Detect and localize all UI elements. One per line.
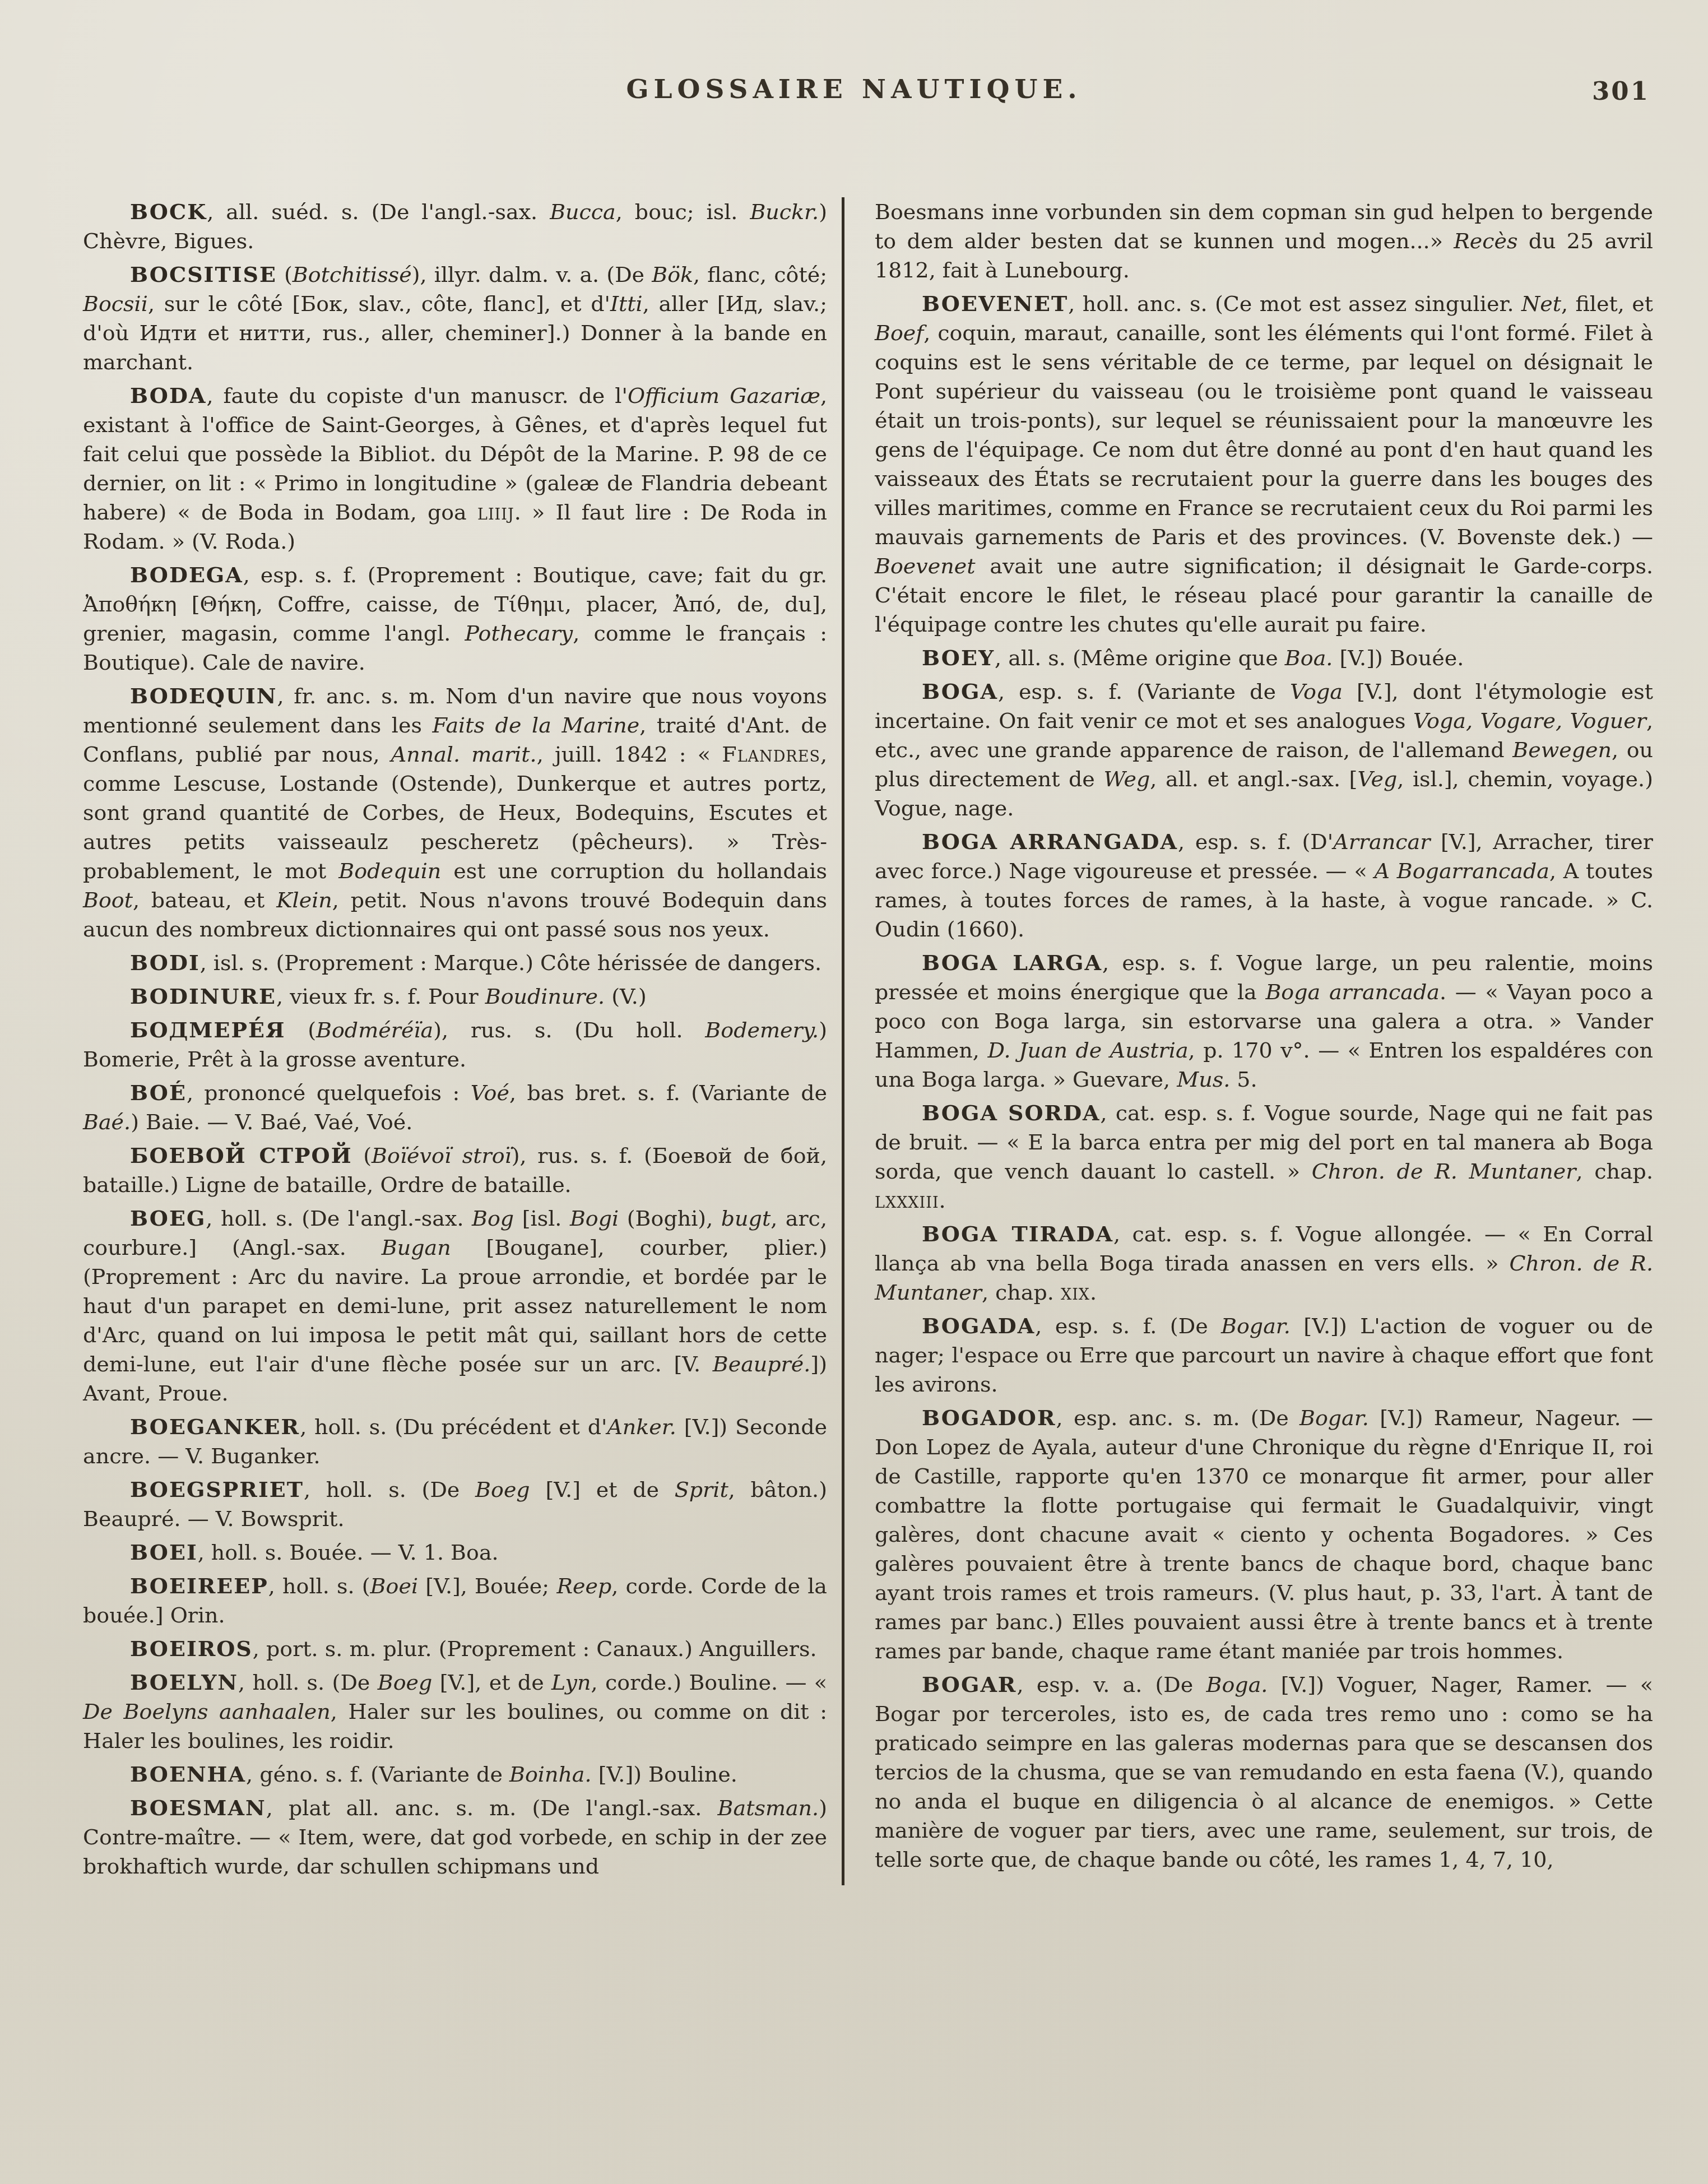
entry-bodega: BODEGA, esp. s. f. (Proprement : Boutiqu… <box>83 560 827 677</box>
entry-boeireep: BOEIREEP, holl. s. (Boei [V.], Bouée; Re… <box>83 1571 827 1630</box>
entry-boda: BODA, faute du copiste d'un manuscr. de … <box>83 381 827 556</box>
entry-boga-arrangada: BOGA ARRANGADA, esp. s. f. (D'Arrancar [… <box>875 827 1653 944</box>
entry-bock: BOCK, all. suéd. s. (De l'angl.-sax. Buc… <box>83 197 827 256</box>
entry-boga: BOGA, esp. s. f. (Variante de Voga [V.],… <box>875 677 1653 823</box>
page-header: GLOSSAIRE NAUTIQUE. 301 <box>0 74 1708 141</box>
entry-boey: BOEY, all. s. (Même origine que Boa. [V.… <box>875 643 1653 673</box>
entry-boe: BOÉ, prononcé quelquefois : Voé, bas bre… <box>83 1078 827 1137</box>
entry-bogar: BOGAR, esp. v. a. (De Boga. [V.]) Voguer… <box>875 1670 1653 1874</box>
entry-boeiros: BOEIROS, port. s. m. plur. (Proprement :… <box>83 1634 827 1663</box>
entry-boegspriet: BOEGSPRIET, holl. s. (De Boeg [V.] et de… <box>83 1475 827 1533</box>
entry-bodi: BODI, isl. s. (Proprement : Marque.) Côt… <box>83 948 827 977</box>
entry-bodmereia: БОДМЕРЕ́Я (Bodméréïa), rus. s. (Du holl.… <box>83 1016 827 1074</box>
entry-boeganker: BOEGANKER, holl. s. (Du précédent et d'A… <box>83 1412 827 1471</box>
scanned-page: GLOSSAIRE NAUTIQUE. 301 BOCK, all. suéd.… <box>0 0 1708 2184</box>
left-column: BOCK, all. suéd. s. (De l'angl.-sax. Buc… <box>83 197 827 1885</box>
page-number: 301 <box>1592 76 1650 106</box>
entry-bogador: BOGADOR, esp. anc. s. m. (De Bogar. [V.]… <box>875 1403 1653 1666</box>
entry-boga-tirada: BOGA TIRADA, cat. esp. s. f. Vogue allon… <box>875 1219 1653 1307</box>
entry-boesman-continuation: Boesmans inne vorbunden sin dem copman s… <box>875 197 1653 285</box>
entry-boei: BOEI, holl. s. Bouée. — V. 1. Boa. <box>83 1538 827 1567</box>
text-columns: BOCK, all. suéd. s. (De l'angl.-sax. Buc… <box>83 197 1653 1885</box>
entry-bodinure: BODINURE, vieux fr. s. f. Pour Boudinure… <box>83 982 827 1011</box>
entry-boga-larga: BOGA LARGA, esp. s. f. Vogue large, un p… <box>875 948 1653 1094</box>
entry-boevenet: BOEVENET, holl. anc. s. (Ce mot est asse… <box>875 289 1653 639</box>
right-column: Boesmans inne vorbunden sin dem copman s… <box>875 197 1653 1885</box>
entry-boenha: BOENHA, géno. s. f. (Variante de Boinha.… <box>83 1760 827 1789</box>
entry-boevoi-stroi: БОЕВОЙ СТРОЙ (Boïévoï stroï), rus. s. f.… <box>83 1141 827 1199</box>
entry-bogada: BOGADA, esp. s. f. (De Bogar. [V.]) L'ac… <box>875 1311 1653 1399</box>
running-title: GLOSSAIRE NAUTIQUE. <box>0 74 1708 105</box>
entry-boesman: BOESMAN, plat all. anc. s. m. (De l'angl… <box>83 1793 827 1881</box>
entry-boeg: BOEG, holl. s. (De l'angl.-sax. Bog [isl… <box>83 1204 827 1408</box>
entry-boelyn: BOELYN, holl. s. (De Boeg [V.], et de Ly… <box>83 1668 827 1755</box>
entry-boga-sorda: BOGA SORDA, cat. esp. s. f. Vogue sourde… <box>875 1098 1653 1215</box>
entry-bodequin: BODEQUIN, fr. anc. s. m. Nom d'un navire… <box>83 681 827 944</box>
column-divider <box>842 197 844 1885</box>
entry-bocsitise: BOCSITISE (Botchitissé), illyr. dalm. v.… <box>83 260 827 377</box>
